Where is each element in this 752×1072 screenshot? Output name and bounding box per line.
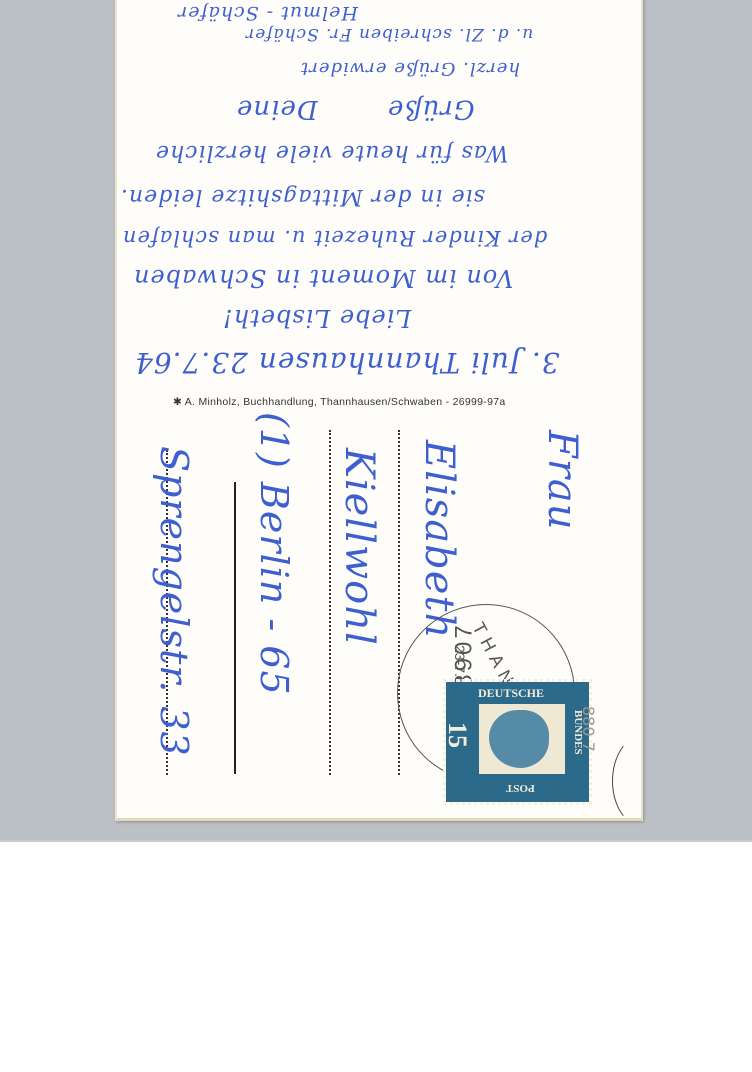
message-line: Helmut - Schäfer	[118, 2, 358, 24]
address-city: (1) Berlin - 65	[252, 412, 296, 696]
message-line: 3. Juli Thannhausen 23.7.64	[134, 346, 560, 379]
message-line: sie in der Mittagshitze leiden.	[120, 184, 485, 209]
stamp-country-top: DEUTSCHE	[478, 686, 544, 701]
message-line: herzl. Grüße erwidert	[300, 58, 520, 79]
address-line	[234, 482, 236, 774]
stamp-denomination: 15	[442, 722, 472, 748]
message-line: Grüße Deine	[236, 94, 475, 124]
message-line: u. d. Zl. schreiben Fr. Schäfer	[245, 24, 533, 44]
postmark-edge	[612, 735, 674, 827]
portrait-icon	[489, 710, 549, 768]
postmark-date: 23-7.6	[452, 645, 468, 685]
postage-stamp: DEUTSCHE BUNDES POST 15	[446, 682, 589, 802]
message-line: Liebe Lisbeth!	[222, 304, 411, 332]
message-line: Was für heute viele herzliche	[155, 140, 509, 165]
address-salutation: Frau	[539, 430, 585, 530]
message-line: der Kinder Ruhezeit u. man schlafen	[122, 226, 547, 250]
address-last-name: Kiellwohl	[336, 448, 382, 646]
stamp-portrait-frame	[479, 704, 565, 774]
publisher-imprint: ✱ A. Minholz, Buchhandlung, Thannhausen/…	[173, 396, 506, 408]
stamp-country-bottom: POST	[506, 782, 535, 794]
pencil-note: 880 7	[579, 706, 598, 752]
message-line: Von im Moment in Schwaben	[133, 264, 513, 292]
address-line	[398, 430, 400, 775]
address-line	[329, 430, 331, 775]
address-street: Sprengelstr. 33	[152, 446, 196, 757]
